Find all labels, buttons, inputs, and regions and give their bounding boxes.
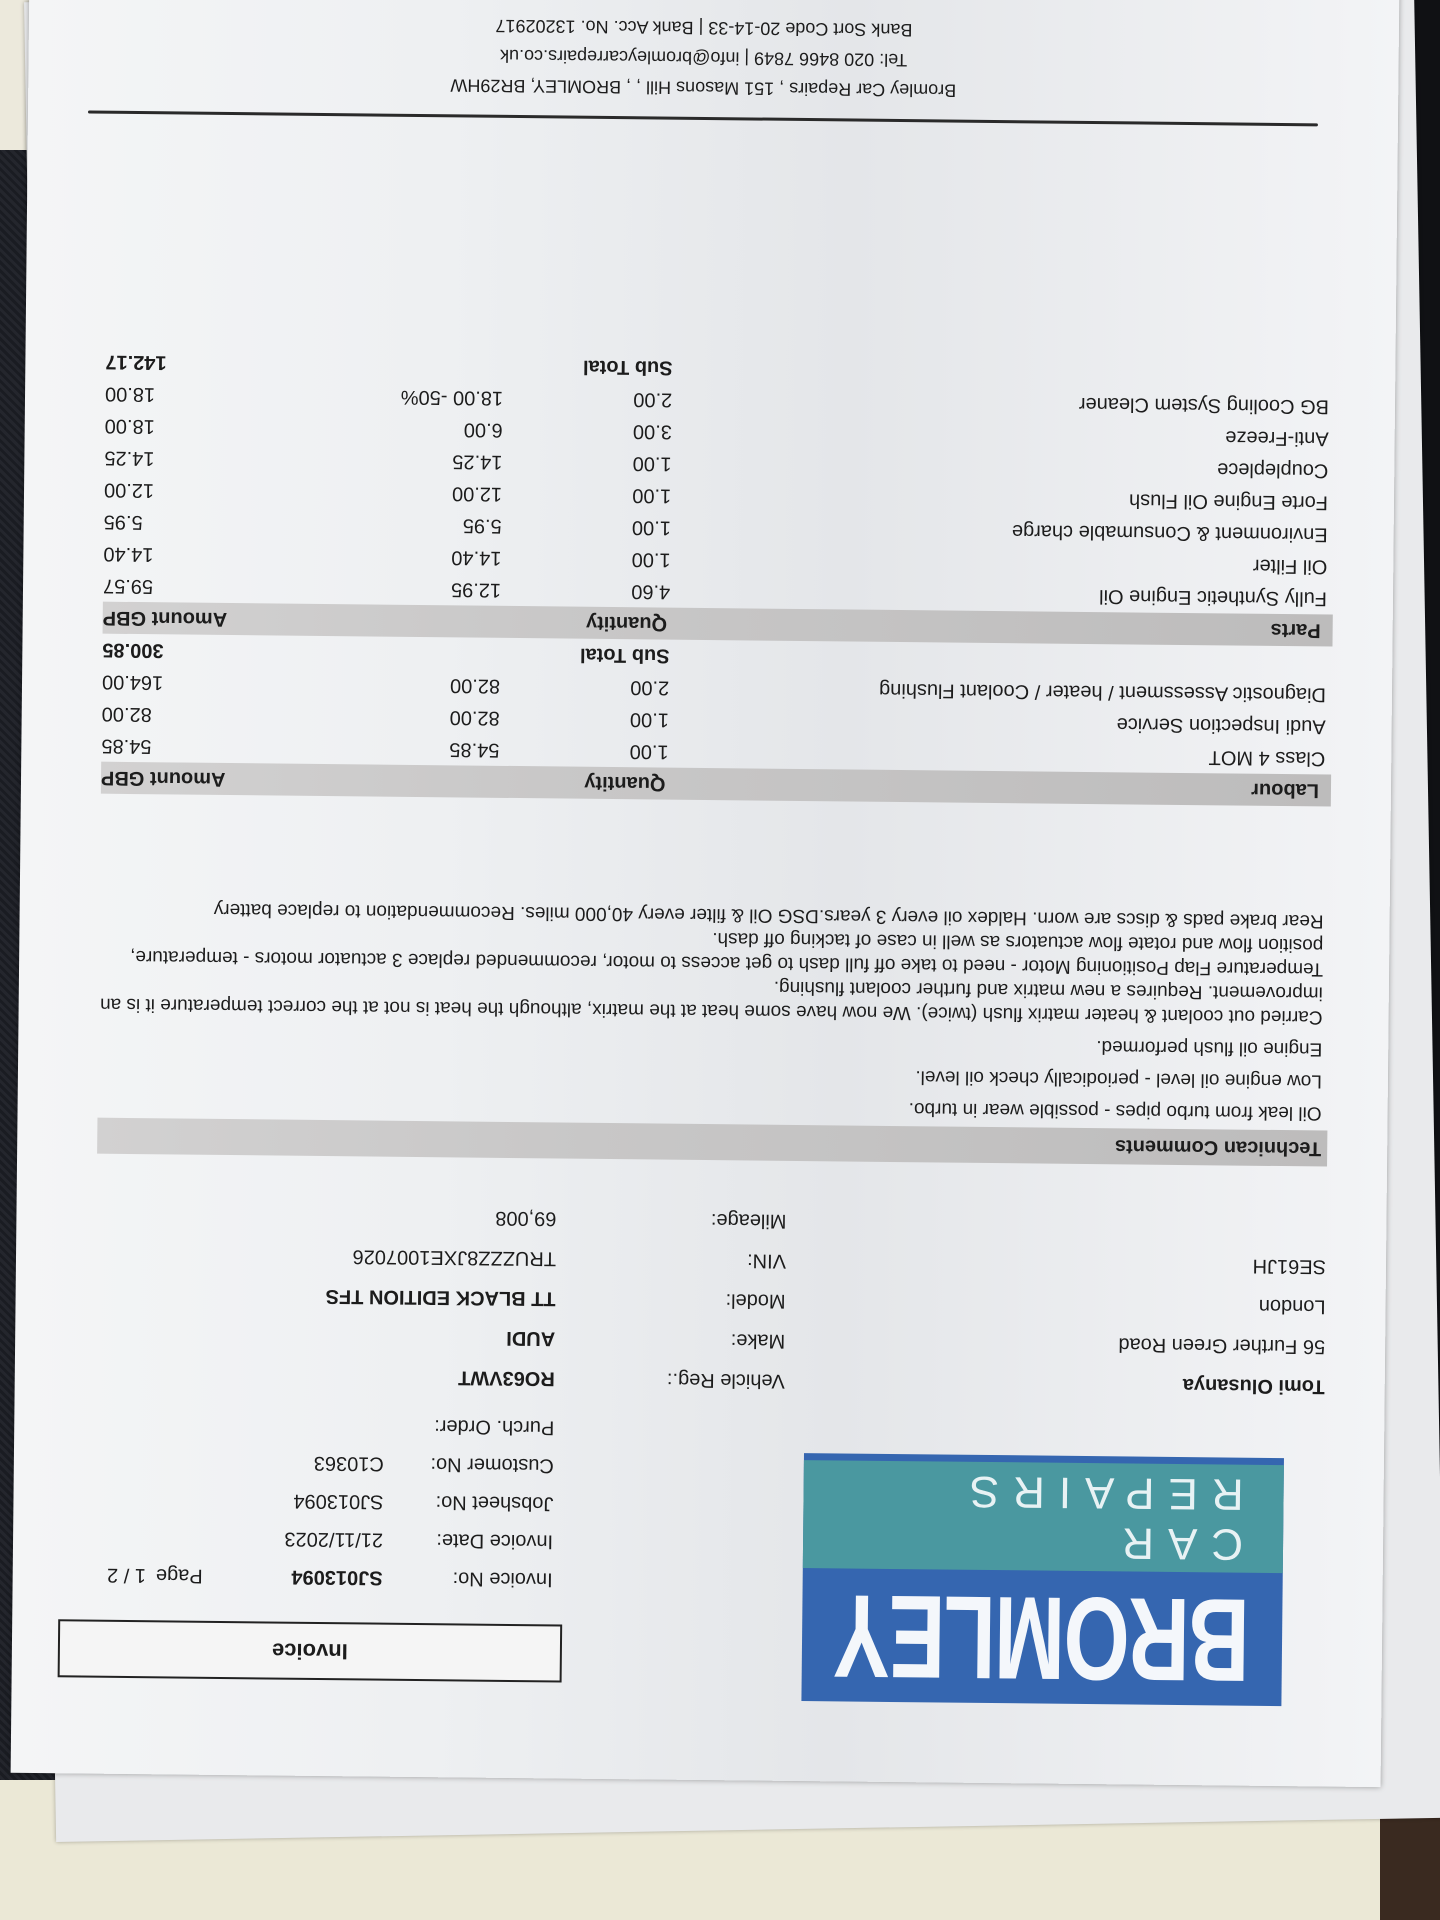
vehicle-reg: RO63VWT — [458, 1366, 555, 1390]
item-quantity: 2.00 — [503, 386, 672, 411]
item-amount: 82.00 — [102, 702, 281, 727]
vehicle-model: TT BLACK EDITION TFS — [326, 1285, 556, 1310]
technician-comments: Technican Comments Oil leak from turbo p… — [97, 896, 1330, 1167]
meta-label: Customer No: — [384, 1452, 554, 1477]
field-label: Make: — [555, 1327, 785, 1352]
invoice-date: 21/11/2023 — [233, 1527, 383, 1552]
item-amount: 164.00 — [102, 670, 281, 695]
labour-subtotal: 300.85 — [102, 638, 281, 663]
item-amount: 54.85 — [101, 734, 280, 759]
item-unit-price: 14.40 — [282, 544, 501, 569]
parts-heading: Parts — [667, 612, 1327, 642]
meta-label: Purch. Order: — [384, 1414, 554, 1439]
vehicle-reg-row: Vehicle Reg.: RO63VWT — [85, 1354, 785, 1401]
invoice-footer: Bromley Car Repairs , 151 Masons Hill , … — [68, 6, 1339, 126]
spacer — [673, 368, 1336, 375]
comment-line: Engine oil flush performed. — [98, 1024, 1322, 1061]
comment-line: Oil leak from turbo pipes - possible wea… — [98, 1088, 1322, 1125]
parts-rows: Fully Synthetic Engine Oil4.6012.9559.57… — [103, 378, 1335, 615]
field-label: Mileage: — [556, 1207, 786, 1232]
item-description: Class 4 MOT — [668, 740, 1331, 770]
spacer — [281, 652, 500, 654]
unit-header — [279, 780, 497, 782]
customer-name: Tomi Olusanya — [825, 1361, 1325, 1406]
meta-jobsheet: Jobsheet No: SJ013094 — [53, 1479, 553, 1522]
labour-table: Labour Quantity Amount GBP Class 4 MOT1.… — [101, 634, 1333, 807]
vehicle-details: Vehicle Reg.: RO63VWT Make: AUDI Model: … — [85, 1194, 787, 1401]
item-quantity: 1.00 — [502, 450, 671, 475]
invoice-page: BROMLEY CAR REPAIRS Invoice Invoice No: … — [11, 0, 1400, 1787]
meta-label: Invoice Date: — [383, 1528, 553, 1553]
item-description: Environment & Consumable charge — [671, 516, 1334, 546]
item-unit-price: 14.25 — [283, 448, 502, 473]
item-quantity: 1.00 — [502, 514, 671, 539]
page-label: Page — [156, 1564, 203, 1587]
item-amount: 14.40 — [103, 542, 282, 567]
meta-invoice-no: Invoice No: SJ013094 Page 1 / 2 — [52, 1555, 552, 1598]
vehicle-mileage: 69,008 — [495, 1206, 556, 1230]
field-label: Vehicle Reg.: — [555, 1367, 785, 1392]
item-unit-price: 5.95 — [283, 512, 502, 537]
item-quantity: 4.60 — [501, 578, 670, 603]
item-description: Coupleplece — [671, 452, 1334, 482]
item-unit-price: 82.00 — [281, 704, 500, 729]
item-amount: 18.00 — [105, 382, 284, 407]
item-quantity: 1.00 — [499, 738, 668, 763]
parts-table: Parts Quantity Amount GBP Fully Syntheti… — [103, 346, 1336, 647]
qty-header: Quantity — [499, 610, 668, 635]
item-amount: 14.25 — [104, 446, 283, 471]
item-description: BG Cooling System Cleaner — [672, 388, 1335, 418]
labour-rows: Class 4 MOT1.0054.8554.85Audi Inspection… — [101, 666, 1332, 775]
item-amount: 5.95 — [104, 510, 283, 535]
customer-city: London — [825, 1281, 1325, 1326]
item-description: Diagnostic Assessment / heater / Coolant… — [669, 676, 1332, 706]
company-logo: BROMLEY CAR REPAIRS — [801, 1453, 1284, 1706]
item-description: Forte Engine Oil Flush — [671, 484, 1334, 514]
customer-address: Tomi Olusanya 56 Further Green Road Lond… — [825, 1241, 1327, 1406]
customer-number: C10363 — [234, 1451, 384, 1476]
item-unit-price: 18.00 -50% — [284, 384, 503, 409]
page-number: 1 / 2 — [107, 1563, 146, 1586]
field-label: Model: — [555, 1287, 785, 1312]
meta-purch-order: Purch. Order: — [54, 1403, 554, 1446]
vehicle-make-row: Make: AUDI — [85, 1314, 785, 1361]
meta-customer-no: Customer No: C10363 — [54, 1441, 554, 1484]
item-unit-price: 6.00 — [284, 416, 503, 441]
item-quantity: 2.00 — [500, 674, 669, 699]
invoice-number: SJ013094 — [233, 1565, 383, 1590]
item-quantity: 1.00 — [500, 706, 669, 731]
logo-wordmark: BROMLEY — [834, 1576, 1250, 1698]
item-amount: 18.00 — [105, 414, 284, 439]
item-unit-price: 12.95 — [282, 576, 501, 601]
spacer — [670, 656, 1333, 663]
jobsheet-number: SJ013094 — [233, 1489, 383, 1514]
customer-postcode: SE61JH — [826, 1241, 1326, 1286]
item-amount: 59.57 — [103, 574, 282, 599]
field-label: VIN: — [556, 1247, 786, 1272]
item-description: Oil Filter — [670, 548, 1333, 578]
meta-label: Jobsheet No: — [383, 1490, 553, 1515]
item-quantity: 3.00 — [503, 418, 672, 443]
invoice-meta: Invoice No: SJ013094 Page 1 / 2 Invoice … — [52, 1403, 554, 1598]
subtotal-label: Sub Total — [503, 354, 672, 379]
item-description: Fully Synthetic Engine Oil — [670, 580, 1333, 610]
footer-divider — [88, 110, 1318, 126]
item-unit-price: 12.00 — [283, 480, 502, 505]
item-description: Audi Inspection Service — [669, 708, 1332, 738]
parts-subtotal: 142.17 — [105, 350, 284, 375]
meta-label: Invoice No: — [383, 1566, 553, 1591]
item-amount: 12.00 — [104, 478, 283, 503]
item-quantity: 1.00 — [502, 482, 671, 507]
technician-notes: Oil leak from turbo pipes - possible wea… — [97, 896, 1329, 1131]
spacer — [285, 364, 504, 366]
unit-header — [281, 620, 499, 622]
item-description: Anti-Freeze — [672, 420, 1335, 450]
item-unit-price: 82.00 — [281, 672, 500, 697]
qty-header: Quantity — [497, 770, 666, 795]
purchase-order — [234, 1424, 384, 1426]
vehicle-model-row: Model: TT BLACK EDITION TFS — [85, 1274, 785, 1321]
logo-tagline: CAR REPAIRS — [803, 1460, 1284, 1573]
vehicle-make: AUDI — [506, 1326, 555, 1350]
amount-header: Amount GBP — [101, 766, 279, 791]
meta-invoice-date: Invoice Date: 21/11/2023 — [53, 1517, 553, 1560]
item-unit-price: 54.85 — [280, 736, 499, 761]
vehicle-mileage-row: Mileage: 69,008 — [86, 1194, 786, 1241]
vehicle-vin: TRUZZZ8JXE1007026 — [352, 1245, 556, 1270]
item-quantity: 1.00 — [501, 546, 670, 571]
comment-line: Low engine oil level - periodically chec… — [98, 1056, 1322, 1093]
document-title: Invoice — [58, 1619, 563, 1682]
amount-header: Amount GBP — [103, 606, 281, 631]
customer-street: 56 Further Green Road — [825, 1321, 1325, 1366]
subtotal-label: Sub Total — [500, 642, 669, 667]
vehicle-vin-row: VIN: TRUZZZ8JXE1007026 — [86, 1234, 786, 1281]
labour-heading: Labour — [665, 772, 1325, 802]
